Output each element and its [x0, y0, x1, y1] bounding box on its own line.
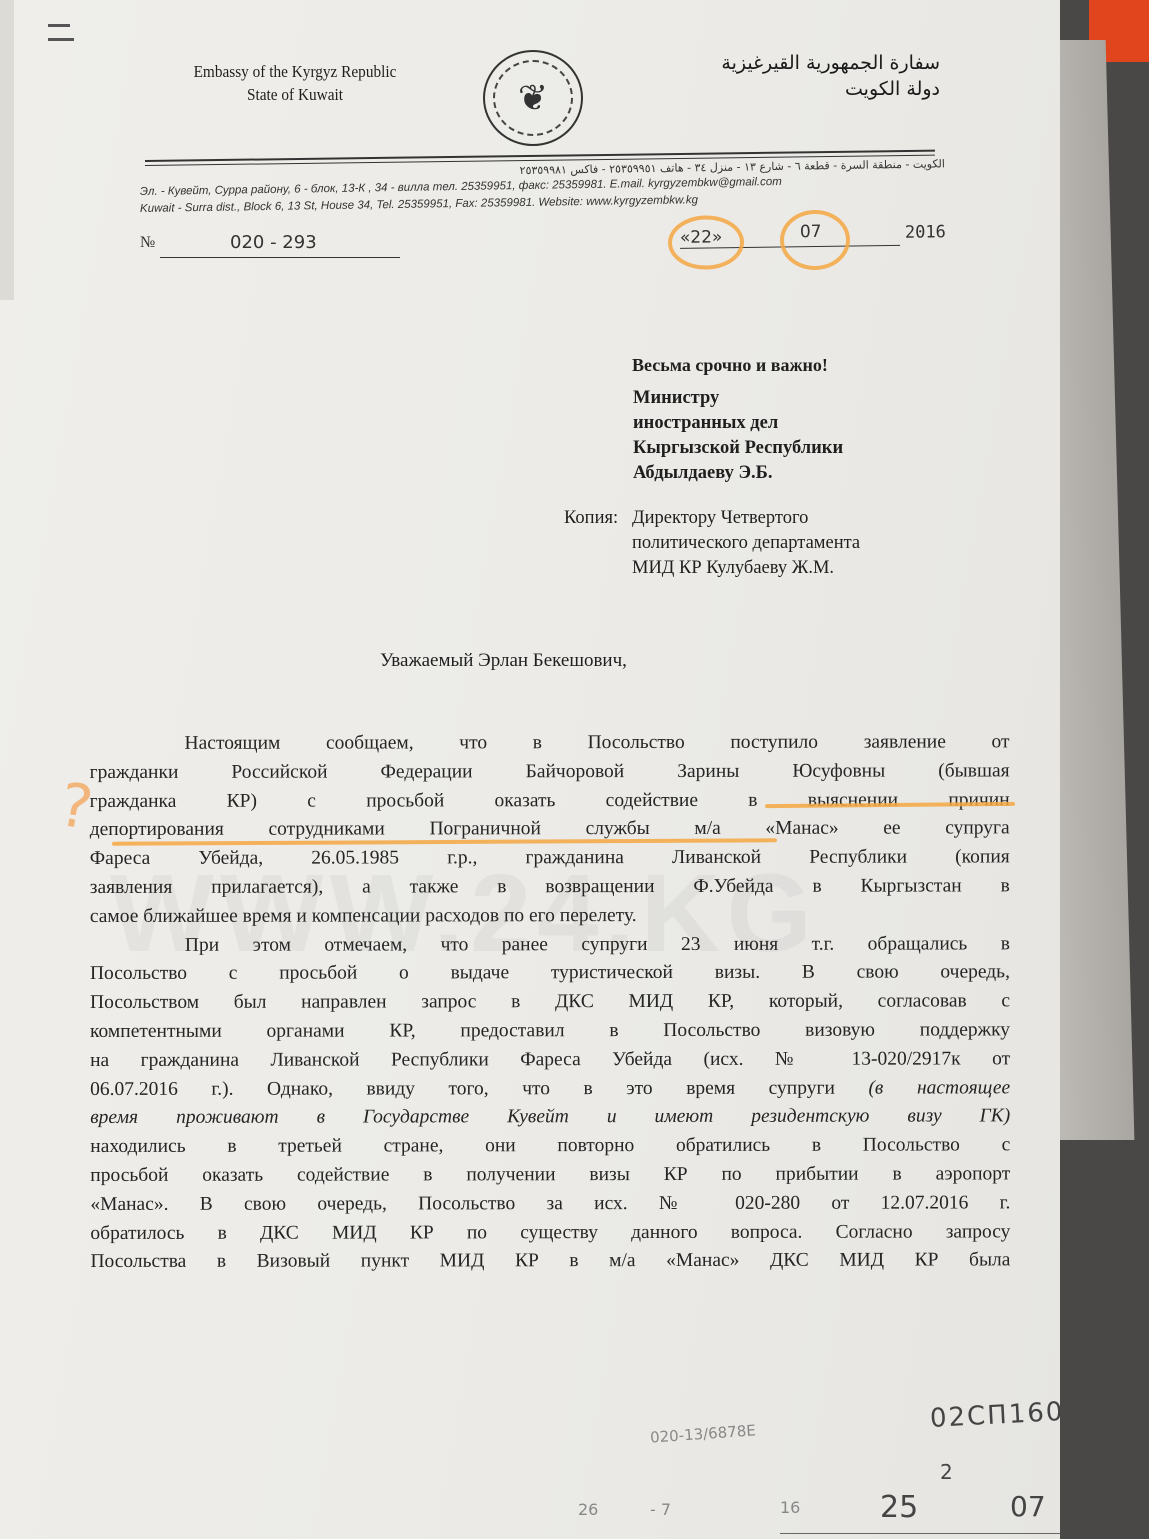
body-line: находились в третьей стране, они повторн… [90, 1132, 1010, 1162]
letter-date: «22» 07 2016 [670, 218, 961, 262]
body-line: Фареса Убейда, 26.05.1985 г.р., граждани… [90, 844, 1010, 874]
handwritten-superscript: 2 [940, 1460, 953, 1484]
handwritten-underline [780, 1533, 1060, 1534]
embassy-country: State of Kuwait [165, 83, 426, 106]
body-line: гражданки Российской Федерации Байчорово… [90, 757, 1010, 787]
embassy-name-arabic: سفارة الجمهورية القيرغيزية [640, 50, 940, 76]
copy-line: МИД КР Кулубаеву Ж.М. [564, 556, 860, 581]
handwritten-month-2: 07 [1010, 1490, 1046, 1523]
addressee-line: Кыргызской Республики [633, 436, 843, 461]
underlying-page-edge [0, 0, 14, 300]
day-highlight-circle [668, 215, 745, 270]
letter-body: Настоящим сообщаем, что в Посольство пос… [90, 728, 1011, 1277]
copy-line: политического департамента [564, 531, 860, 556]
body-line-italic: время проживают в Государстве Кувейт и и… [90, 1103, 1010, 1133]
salutation: Уважаемый Эрлан Бекешович, [380, 650, 627, 672]
embassy-country-arabic: دولة الكويت [640, 76, 940, 102]
handwritten-year: 16 [780, 1498, 800, 1517]
handwritten-code: 02СП1609 [929, 1396, 1083, 1434]
kyrgyz-emblem-icon: ❦ [483, 50, 583, 146]
addressee-block: Министру иностранных дел Кыргызской Респ… [633, 386, 843, 486]
handwritten-number: 25 [880, 1490, 918, 1525]
faint-registration-stamp: 020-13/6878Е [650, 1421, 757, 1446]
handwritten-year-2: -16 [1085, 1490, 1131, 1523]
copy-line: Директору Четвертого [632, 508, 808, 528]
body-line: обратилось в ДКС МИД КР по существу данн… [90, 1218, 1010, 1248]
addressee-line: Министру [633, 386, 843, 411]
body-line: «Манас». В свою очередь, Посольство за и… [90, 1189, 1010, 1219]
body-line: заявления прилагается), а также в возвра… [90, 872, 1010, 902]
copy-label: Копия: [564, 506, 632, 531]
body-line: 06.07.2016 г.). Однако, ввиду того, что … [90, 1074, 1010, 1104]
body-line: При этом отмечаем, что ранее супруги 23 … [90, 930, 1010, 960]
body-line: компетентными органами КР, предоставил в… [90, 1016, 1010, 1046]
month-highlight-circle [780, 210, 851, 271]
body-line: Посольством был направлен запрос в ДКС М… [90, 988, 1010, 1018]
body-line: на гражданина Ливанской Республики Фарес… [90, 1045, 1010, 1075]
edge-mark [48, 24, 70, 27]
handwritten-month: - 7 [650, 1500, 671, 1519]
handwritten-superscript: 2 [1092, 1460, 1105, 1484]
body-line: Посольство с просьбой о выдаче туристиче… [90, 959, 1010, 989]
body-line: гражданка КР) с просьбой оказать содейст… [90, 786, 1010, 816]
doc-number: 020 - 293 [160, 232, 400, 258]
embassy-name: Embassy of the Kyrgyz Republic [165, 60, 426, 83]
falcon-icon: ❦ [518, 77, 548, 119]
addressee-line: иностранных дел [633, 411, 843, 436]
letterhead-english: Embassy of the Kyrgyz Republic State of … [165, 60, 426, 106]
addressee-line: Абдылдаеву Э.Б. [633, 461, 843, 486]
edge-mark [48, 38, 74, 41]
body-line: просьбой оказать содействие в получении … [90, 1160, 1010, 1190]
letter-page: WWW.24.KG Embassy of the Kyrgyz Republic… [0, 0, 1060, 1539]
doc-number-label: № [140, 234, 155, 252]
date-year: 2016 [905, 222, 946, 243]
body-line: Посольства в Визовый пункт МИД КР в м/а … [90, 1247, 1010, 1277]
handwritten-day: 26 [578, 1500, 598, 1519]
letterhead-arabic: سفارة الجمهورية القيرغيزية دولة الكويت [640, 50, 940, 102]
copy-recipient-block: Копия:Директору Четвертого политического… [564, 506, 860, 581]
body-line: Настоящим сообщаем, что в Посольство пос… [90, 728, 1010, 758]
urgency-note: Весьма срочно и важно! [632, 355, 828, 376]
body-line: самое ближайшее время и компенсации расх… [90, 901, 1010, 931]
